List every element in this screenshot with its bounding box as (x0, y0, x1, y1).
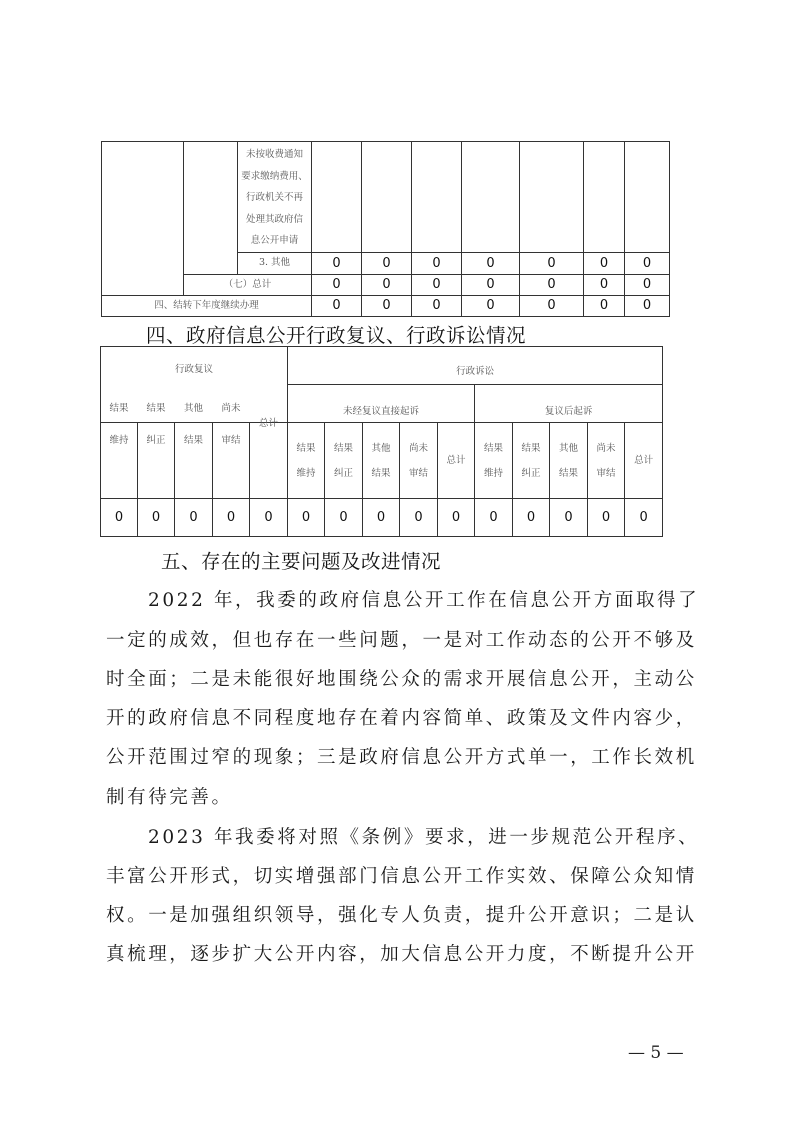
column-header-line: 审结 (588, 461, 624, 486)
value-cell: 0 (138, 499, 175, 537)
section-heading-review-litigation: 四、政府信息公开行政复议、行政诉讼情况 (146, 320, 526, 348)
row-label: （七）总计 (184, 274, 312, 295)
value-cell: 0 (475, 499, 513, 537)
value-cell: 0 (400, 499, 438, 537)
value-cell: 0 (362, 274, 412, 295)
value-cell: 0 (312, 252, 362, 274)
column-header: 其他 结果 (550, 423, 588, 499)
value-cell (462, 142, 520, 253)
column-header-line: 结果 (288, 436, 324, 461)
column-header-line: 纠正 (138, 425, 174, 457)
row-label: 3. 其他 (238, 252, 312, 274)
column-header-line: 审结 (213, 425, 249, 457)
value-cell: 0 (101, 499, 138, 537)
column-header: 结果 维持 (475, 423, 513, 499)
column-header: 结果 纠正 (138, 423, 175, 499)
value-cell (520, 142, 584, 253)
paragraph-line: 2022 年，我委的政府信息公开工作在信息公开方面取得了 (148, 592, 699, 611)
value-cell: 0 (513, 499, 550, 537)
column-header-line: 尚未 (400, 436, 437, 461)
value-cell: 0 (438, 499, 475, 537)
column-header: 总计 (625, 423, 663, 499)
blank-cell (102, 142, 184, 296)
column-header-line: 结果 (175, 425, 212, 457)
row-label: 未按收费通知 要求缴纳费用、 行政机关不再 处理其政府信 息公开申请 (238, 142, 312, 253)
value-cell: 0 (412, 295, 462, 316)
paragraph-line: 真梳理，逐步扩大公开内容，加大信息公开力度，不断提升公开 (106, 946, 697, 965)
column-header: 总计 (438, 423, 475, 499)
value-cell: 0 (550, 499, 588, 537)
row-label: 四、结转下年度继续办理 (102, 295, 312, 316)
value-cell: 0 (520, 252, 584, 274)
column-header-line: 结果 (363, 461, 399, 486)
column-header: 尚未 审结 (400, 423, 438, 499)
value-cell (312, 142, 362, 253)
table-row: 0 0 0 0 0 0 0 0 0 0 0 0 0 0 0 (101, 499, 663, 537)
column-header: 结果 纠正 (513, 423, 550, 499)
application-handling-table-continued: 未按收费通知 要求缴纳费用、 行政机关不再 处理其政府信 息公开申请 3. 其他… (101, 141, 670, 317)
table-row: 行政复议 行政诉讼 (101, 347, 663, 385)
paragraph-line: 2023 年我委将对照《条例》要求，进一步规范公开程序、 (148, 829, 699, 848)
table-row: 结果 维持 结果 纠正 其他 结果 尚未 审结 总计 (101, 423, 663, 499)
column-header-line: 结果 (550, 461, 587, 486)
column-header: 结果 纠正 (325, 423, 363, 499)
value-cell: 0 (588, 499, 625, 537)
row-label-line: 要求缴纳费用、 (238, 166, 311, 188)
paragraph-line: 制有待完善。 (106, 789, 233, 808)
value-cell: 0 (520, 274, 584, 295)
value-cell: 0 (312, 295, 362, 316)
row-label-line: 息公开申请 (238, 230, 311, 252)
paragraph-line: 丰富公开形式，切实增强部门信息公开工作实效、保障公众知情 (106, 868, 697, 887)
table-row: 四、结转下年度继续办理 0 0 0 0 0 0 0 (102, 295, 670, 316)
value-cell: 0 (625, 499, 663, 537)
row-label-line: 未按收费通知 (238, 144, 311, 166)
column-header-line: 纠正 (325, 461, 362, 486)
value-cell: 0 (462, 252, 520, 274)
value-cell: 0 (412, 252, 462, 274)
blank-cell (184, 142, 238, 275)
group-header-litigation: 行政诉讼 (288, 347, 663, 385)
row-label-line: 行政机关不再 (238, 187, 311, 209)
table-row: （七）总计 0 0 0 0 0 0 0 (102, 274, 670, 295)
paragraph-line: 权。一是加强组织领导，强化专人负责，提升公开意识；二是认 (106, 907, 697, 926)
value-cell: 0 (412, 274, 462, 295)
value-cell (584, 142, 625, 253)
column-header: 其他 结果 (175, 423, 213, 499)
value-cell: 0 (288, 499, 325, 537)
value-cell: 0 (625, 252, 670, 274)
value-cell: 0 (213, 499, 250, 537)
column-header: 结果 维持 (288, 423, 325, 499)
page-number: — 5 — (628, 1043, 684, 1063)
column-header-line: 尚未 (213, 393, 249, 425)
paragraph-line: 开的政府信息不同程度地存在着内容简单、政策及文件内容少， (106, 710, 697, 729)
value-cell: 0 (325, 499, 363, 537)
paragraph-line: 时全面；二是未能很好地围绕公众的需求开展信息公开，主动公 (106, 671, 697, 690)
value-cell: 0 (625, 295, 670, 316)
value-cell: 0 (250, 499, 288, 537)
paragraph-line: 一定的成效，但也存在一些问题，一是对工作动态的公开不够及 (106, 632, 697, 651)
paragraph-line: 公开范围过窄的现象；三是政府信息公开方式单一，工作长效机 (106, 749, 697, 768)
column-header-line: 其他 (363, 436, 399, 461)
column-header-line: 维持 (101, 425, 137, 457)
value-cell: 0 (584, 252, 625, 274)
column-header-line: 结果 (138, 393, 174, 425)
column-header-line: 审结 (400, 461, 437, 486)
value-cell: 0 (362, 295, 412, 316)
value-cell: 0 (462, 274, 520, 295)
column-header-line: 结果 (475, 436, 512, 461)
value-cell: 0 (363, 499, 400, 537)
column-header-line: 其他 (175, 393, 212, 425)
column-header: 尚未 审结 (213, 423, 250, 499)
column-header-line: 结果 (101, 393, 137, 425)
column-header: 尚未 审结 (588, 423, 625, 499)
value-cell: 0 (362, 252, 412, 274)
value-cell: 0 (584, 295, 625, 316)
row-label-line: 处理其政府信 (238, 209, 311, 231)
column-header-line: 尚未 (588, 436, 624, 461)
subgroup-header-direct: 未经复议直接起诉 (288, 385, 475, 423)
review-litigation-table: 行政复议 行政诉讼 未经复议直接起诉 复议后起诉 结果 维持 结果 纠正 其他 … (100, 346, 663, 537)
column-header-line: 总计 (250, 419, 287, 429)
column-header-line: 其他 (550, 436, 587, 461)
column-header-line: 纠正 (513, 461, 549, 486)
column-header-line: 结果 (325, 436, 362, 461)
column-header-line: 维持 (475, 461, 512, 486)
column-header-line: 结果 (513, 436, 549, 461)
column-header: 结果 维持 (101, 423, 138, 499)
table-row: 未按收费通知 要求缴纳费用、 行政机关不再 处理其政府信 息公开申请 (102, 142, 670, 253)
column-header: 其他 结果 (363, 423, 400, 499)
value-cell: 0 (312, 274, 362, 295)
value-cell: 0 (462, 295, 520, 316)
value-cell (412, 142, 462, 253)
value-cell: 0 (175, 499, 213, 537)
value-cell: 0 (584, 274, 625, 295)
value-cell: 0 (625, 274, 670, 295)
column-header: 总计 (250, 423, 288, 499)
column-header-line: 维持 (288, 461, 324, 486)
value-cell: 0 (520, 295, 584, 316)
subgroup-header-after-review: 复议后起诉 (475, 385, 663, 423)
section-heading-problems: 五、存在的主要问题及改进情况 (161, 546, 441, 574)
value-cell (625, 142, 670, 253)
value-cell (362, 142, 412, 253)
